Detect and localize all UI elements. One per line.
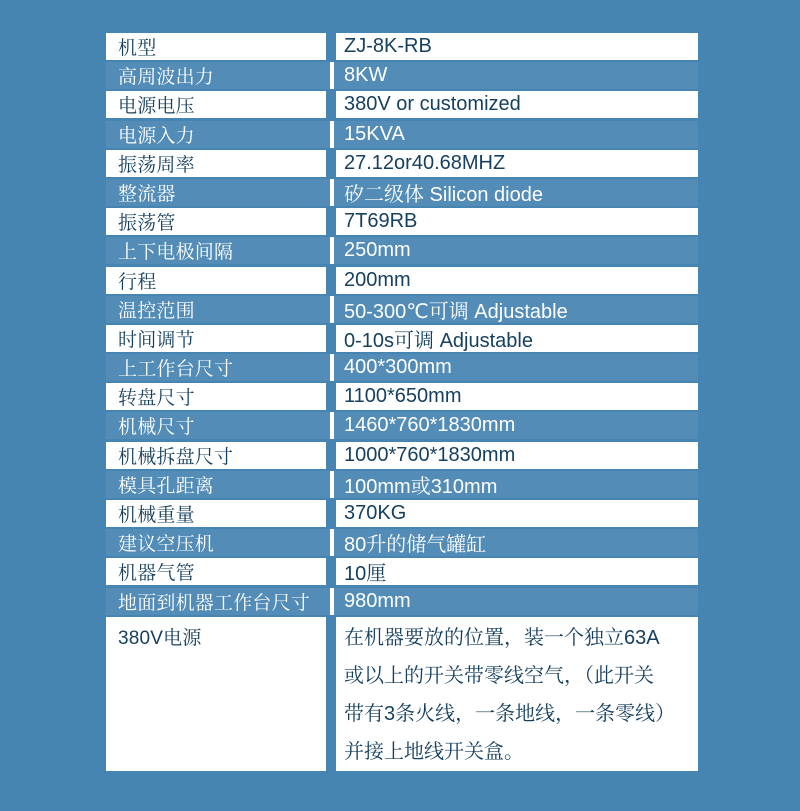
spec-row: 整流器矽二级体 Silicon diode [106,179,698,206]
column-divider [326,500,336,527]
spec-row: 机器气管10厘 [106,558,698,585]
spec-row-label: 电源入力 [106,121,326,148]
spec-row-label: 振荡周率 [106,150,326,177]
spec-row-label: 温控范围 [106,296,326,323]
spec-row-value: 380V or customized [336,91,698,118]
spec-row-value: 250mm [336,237,698,264]
spec-row-value-line: 并接上地线开关盒。 [344,733,698,771]
column-divider [326,267,336,294]
column-divider [326,296,336,323]
column-divider [326,62,336,89]
spec-row: 高周波出力8KW [106,62,698,89]
spec-row: 温控范围50-300℃可调 Adjustable [106,296,698,323]
spec-row-label: 地面到机器工作台尺寸 [106,588,326,615]
spec-row: 电源电压380V or customized [106,91,698,118]
spec-row-label: 整流器 [106,179,326,206]
spec-row-label: 机械重量 [106,500,326,527]
spec-row-value: ZJ-8K-RB [336,33,698,60]
spec-row-label: 上下电极间隔 [106,237,326,264]
spec-row: 机型ZJ-8K-RB [106,33,698,60]
spec-row-value: 50-300℃可调 Adjustable [336,296,698,323]
column-divider [326,325,336,352]
column-divider [326,617,336,771]
spec-row-value-line: 在机器要放的位置，装一个独立63A [344,619,698,657]
spec-row-value: 在机器要放的位置，装一个独立63A或以上的开关带零线空气，（此开关带有3条火线，… [336,617,698,771]
spec-row-value: 400*300mm [336,354,698,381]
spec-row: 机械拆盘尺寸1000*760*1830mm [106,442,698,469]
spec-row: 380V电源在机器要放的位置，装一个独立63A或以上的开关带零线空气，（此开关带… [106,617,698,771]
spec-row-value: 8KW [336,62,698,89]
spec-row-value: 200mm [336,267,698,294]
spec-row-value: 27.12or40.68MHZ [336,150,698,177]
spec-row: 模具孔距离100mm或310mm [106,471,698,498]
spec-row: 地面到机器工作台尺寸980mm [106,588,698,615]
spec-row-label: 转盘尺寸 [106,383,326,410]
spec-row: 时间调节0-10s可调 Adjustable [106,325,698,352]
spec-row-label: 行程 [106,267,326,294]
spec-row-value: 0-10s可调 Adjustable [336,325,698,352]
column-divider [326,121,336,148]
spec-row-value: 1100*650mm [336,383,698,410]
spec-row: 机械尺寸1460*760*1830mm [106,412,698,439]
column-divider [326,412,336,439]
spec-row: 转盘尺寸1100*650mm [106,383,698,410]
spec-row-value-line: 或以上的开关带零线空气，（此开关 [344,657,698,695]
spec-row: 振荡周率27.12or40.68MHZ [106,150,698,177]
spec-row-value: 370KG [336,500,698,527]
spec-row: 电源入力15KVA [106,121,698,148]
spec-row-value: 1460*760*1830mm [336,412,698,439]
spec-row-value: 980mm [336,588,698,615]
column-divider [326,471,336,498]
spec-row: 上工作台尺寸400*300mm [106,354,698,381]
spec-row-value: 1000*760*1830mm [336,442,698,469]
spec-table: 机型ZJ-8K-RB高周波出力8KW电源电压380V or customized… [106,33,698,771]
spec-row-value: 矽二级体 Silicon diode [336,179,698,206]
spec-row: 行程200mm [106,267,698,294]
spec-row-value: 100mm或310mm [336,471,698,498]
spec-row-value: 80升的储气罐缸 [336,529,698,556]
column-divider [326,237,336,264]
spec-row-label: 建议空压机 [106,529,326,556]
spec-row-value: 7T69RB [336,208,698,235]
spec-row: 振荡管7T69RB [106,208,698,235]
column-divider [326,442,336,469]
column-divider [326,150,336,177]
spec-row-label: 时间调节 [106,325,326,352]
spec-row-label: 机械拆盘尺寸 [106,442,326,469]
spec-row-label: 机器气管 [106,558,326,585]
spec-row: 机械重量370KG [106,500,698,527]
spec-row-label: 机械尺寸 [106,412,326,439]
column-divider [326,179,336,206]
column-divider [326,354,336,381]
spec-row-label: 机型 [106,33,326,60]
column-divider [326,529,336,556]
spec-row-label: 电源电压 [106,91,326,118]
column-divider [326,558,336,585]
spec-row-label: 高周波出力 [106,62,326,89]
spec-row-label: 振荡管 [106,208,326,235]
column-divider [326,383,336,410]
spec-row-value: 10厘 [336,558,698,585]
spec-row: 上下电极间隔250mm [106,237,698,264]
column-divider [326,91,336,118]
spec-row-label: 380V电源 [106,617,326,771]
spec-row-value: 15KVA [336,121,698,148]
column-divider [326,588,336,615]
spec-row: 建议空压机80升的储气罐缸 [106,529,698,556]
column-divider [326,33,336,60]
spec-row-label: 模具孔距离 [106,471,326,498]
column-divider [326,208,336,235]
spec-row-value-line: 带有3条火线，一条地线，一条零线） [344,695,698,733]
spec-row-label: 上工作台尺寸 [106,354,326,381]
